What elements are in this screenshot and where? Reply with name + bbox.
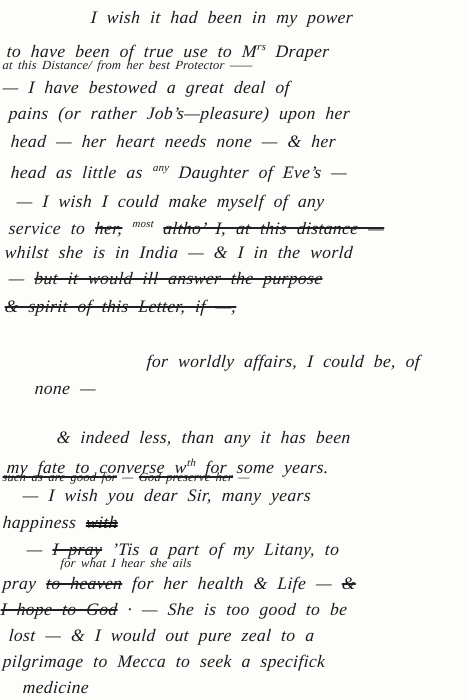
text-segment: — [8, 268, 35, 288]
text-segment: — I wish you dear Sir, many years [22, 485, 312, 505]
manuscript-line: lost — & I would out pure zeal to a [8, 624, 315, 646]
struck-text: God preserve her [138, 470, 233, 484]
text-segment: — I wish I could make myself of any [16, 191, 325, 211]
manuscript-line: such as are good for — God preserve her … [2, 470, 250, 485]
text-segment: for what I hear she ails [60, 556, 192, 570]
struck-text: with [85, 512, 118, 532]
text-segment: for worldly affairs, I could be, of [146, 351, 421, 371]
text-segment: head — her heart needs none — & her [10, 131, 337, 151]
text-segment: at this Distance/ from her best Protecto… [2, 58, 253, 72]
manuscript-line: I wish it had been in my power [90, 6, 354, 28]
manuscript-line: service to her, most altho’ I, at this d… [8, 213, 385, 239]
struck-text: her, [94, 218, 123, 238]
struck-text: & [341, 573, 356, 593]
inserted-text: most [132, 218, 154, 230]
manuscript-line: & spirit of this Letter, if —, [4, 295, 237, 317]
struck-text: to heaven [46, 573, 124, 593]
text-segment: head as little as [10, 162, 153, 182]
manuscript-line: I hope to God · — She is too good to be [0, 598, 348, 620]
text-segment: none — [34, 378, 97, 398]
manuscript-line: — I wish you dear Sir, many years [22, 484, 312, 506]
struck-text: but it would ill answer the purpose [34, 268, 323, 288]
inserted-text: any [153, 162, 170, 174]
manuscript-line: pains (or rather Job’s—pleasure) upon he… [8, 102, 351, 124]
struck-text: I hope to God [0, 599, 118, 619]
text-segment: — [233, 470, 251, 484]
struck-text: & spirit of this Letter, if —, [4, 296, 237, 316]
manuscript-line: pray to heaven for her health & Life — & [2, 572, 357, 594]
struck-text: altho’ I, at this distance — [163, 218, 385, 238]
struck-text: such as are good for [2, 470, 117, 484]
manuscript-line: — I have bestowed a great deal of [2, 76, 291, 98]
text-segment: Daughter of Eve’s — [168, 162, 348, 182]
text-segment: pilgrimage to Mecca to seek a specifick [2, 651, 326, 671]
manuscript-line: happiness with [2, 511, 119, 533]
manuscript-line: for what I hear she ails [60, 556, 192, 571]
manuscript-line: for worldly affairs, I could be, of [146, 350, 421, 372]
manuscript-line: whilst she is in India — & I in the worl… [4, 241, 354, 263]
text-segment: lost — & I would out pure zeal to a [8, 625, 315, 645]
manuscript-line: — but it would ill answer the purpose [8, 267, 323, 289]
manuscript-page: I wish it had been in my powerto have be… [0, 0, 466, 700]
text-segment: Draper [265, 41, 330, 61]
text-segment: happiness [2, 512, 87, 532]
manuscript-line: head — her heart needs none — & her [10, 130, 337, 152]
text-segment: — I have bestowed a great deal of [2, 77, 291, 97]
text-segment: I wish it had been in my power [90, 7, 354, 27]
text-segment: · — She is too good to be [117, 599, 348, 619]
manuscript-line: pilgrimage to Mecca to seek a specifick [2, 650, 326, 672]
text-segment: & indeed less, than any it has been [56, 427, 351, 447]
text-segment: whilst she is in India — & I in the worl… [4, 242, 354, 262]
text-segment: — [26, 539, 53, 559]
manuscript-line: & indeed less, than any it has been [56, 426, 352, 448]
text-segment: for her health & Life — [122, 573, 343, 593]
text-segment: service to [8, 218, 96, 238]
manuscript-line: medicine [22, 676, 90, 698]
manuscript-line: head as little as any Daughter of Eve’s … [10, 157, 348, 183]
manuscript-line: none — [34, 377, 97, 399]
text-segment: medicine [22, 677, 90, 697]
text-segment: pray [2, 573, 47, 593]
manuscript-line: at this Distance/ from her best Protecto… [2, 58, 253, 73]
manuscript-line: — I wish I could make myself of any [16, 190, 325, 212]
text-segment: pains (or rather Job’s—pleasure) upon he… [8, 103, 351, 123]
text-segment: — [116, 470, 139, 484]
